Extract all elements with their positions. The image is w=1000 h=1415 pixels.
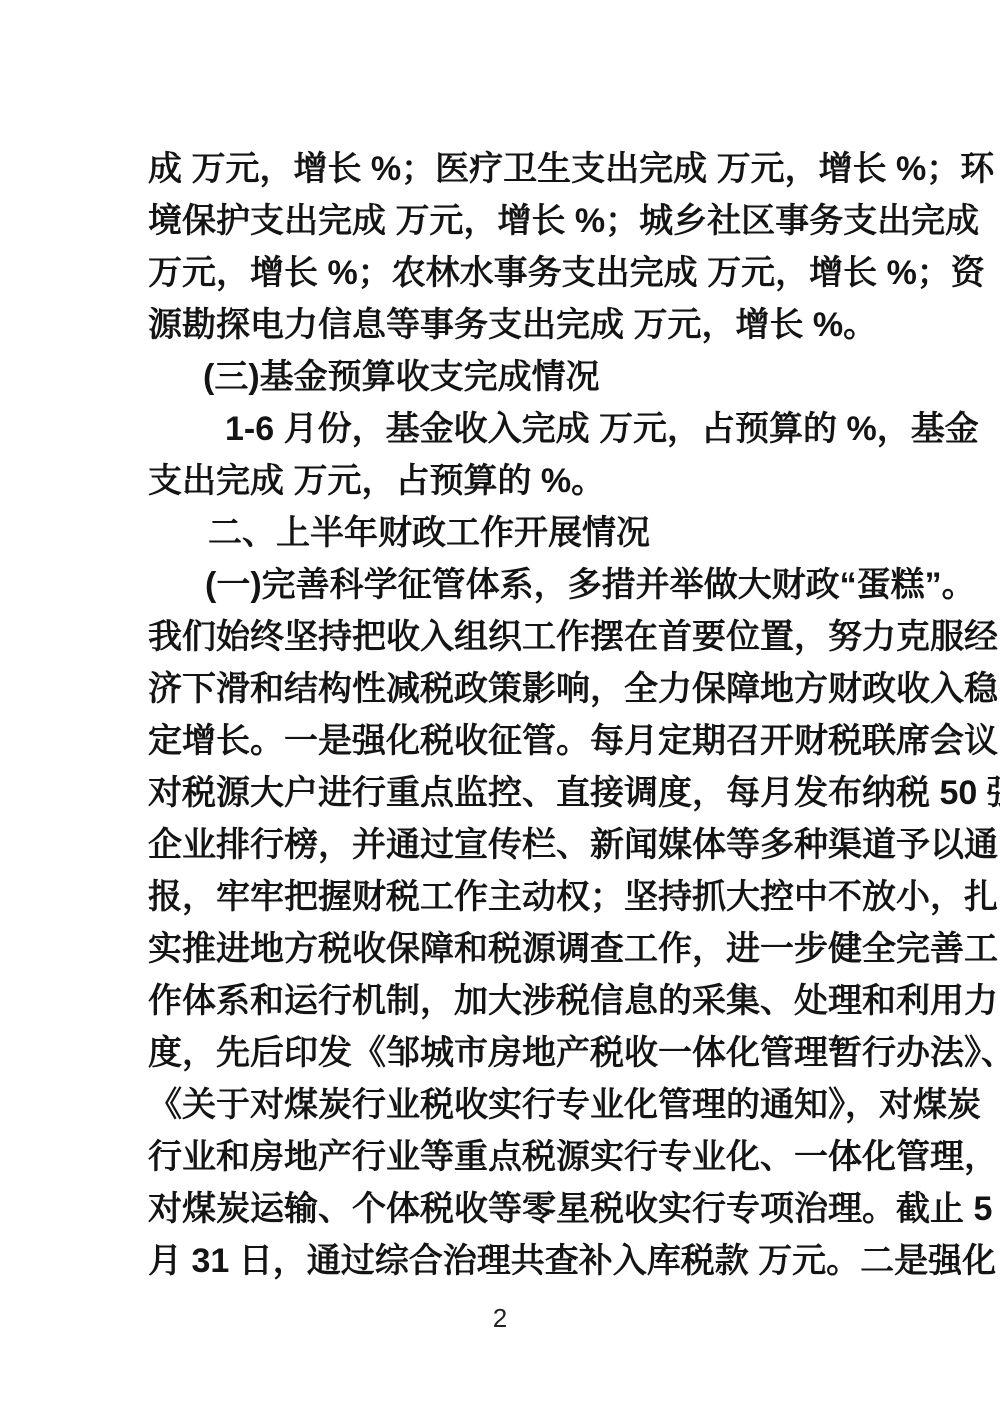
text-line: 定增长。一是强化税收征管。每月定期召开财税联席会议，: [148, 715, 860, 767]
text-line: 1-6 月份，基金收入完成 万元，占预算的 %，基金: [148, 403, 860, 455]
text-line: 我们始终坚持把收入组织工作摆在首要位置，努力克服经: [148, 611, 860, 663]
text-line: (三)基金预算收支完成情况: [148, 351, 860, 403]
text-line: 支出完成 万元，占预算的 %。: [148, 455, 860, 507]
document-page: 成 万元，增长 %；医疗卫生支出完成 万元，增长 %；环境保护支出完成 万元，增…: [0, 0, 1000, 1415]
text-line: 报，牢牢把握财税工作主动权；坚持抓大控中不放小，扎: [148, 871, 860, 923]
text-line: 度，先后印发《邹城市房地产税收一体化管理暂行办法》、: [148, 1027, 860, 1079]
text-line: 对税源大户进行重点监控、直接调度，每月发布纳税 50 强: [148, 767, 860, 819]
text-line: 实推进地方税收保障和税源调查工作，进一步健全完善工: [148, 923, 860, 975]
text-line: 源勘探电力信息等事务支出完成 万元，增长 %。: [148, 299, 860, 351]
page-number: 2: [0, 1303, 1000, 1334]
text-line: 月 31 日，通过综合治理共查补入库税款 万元。二是强化: [148, 1235, 860, 1287]
text-line: 境保护支出完成 万元，增长 %；城乡社区事务支出完成: [148, 195, 860, 247]
text-line: (一)完善科学征管体系，多措并举做大财政“蛋糕”。: [148, 559, 860, 611]
text-line: 成 万元，增长 %；医疗卫生支出完成 万元，增长 %；环: [148, 143, 860, 195]
text-line: 济下滑和结构性减税政策影响，全力保障地方财政收入稳: [148, 663, 860, 715]
text-line: 行业和房地产行业等重点税源实行专业化、一体化管理，: [148, 1131, 860, 1183]
text-line: 作体系和运行机制，加大涉税信息的采集、处理和利用力: [148, 975, 860, 1027]
document-body: 成 万元，增长 %；医疗卫生支出完成 万元，增长 %；环境保护支出完成 万元，增…: [148, 143, 860, 1287]
text-line: 《关于对煤炭行业税收实行专业化管理的通知》，对煤炭: [148, 1079, 860, 1131]
text-line: 万元，增长 %；农林水事务支出完成 万元，增长 %；资: [148, 247, 860, 299]
text-line: 对煤炭运输、个体税收等零星税收实行专项治理。截止 5: [148, 1183, 860, 1235]
text-line: 二、上半年财政工作开展情况: [148, 507, 860, 559]
text-line: 企业排行榜，并通过宣传栏、新闻媒体等多种渠道予以通: [148, 819, 860, 871]
